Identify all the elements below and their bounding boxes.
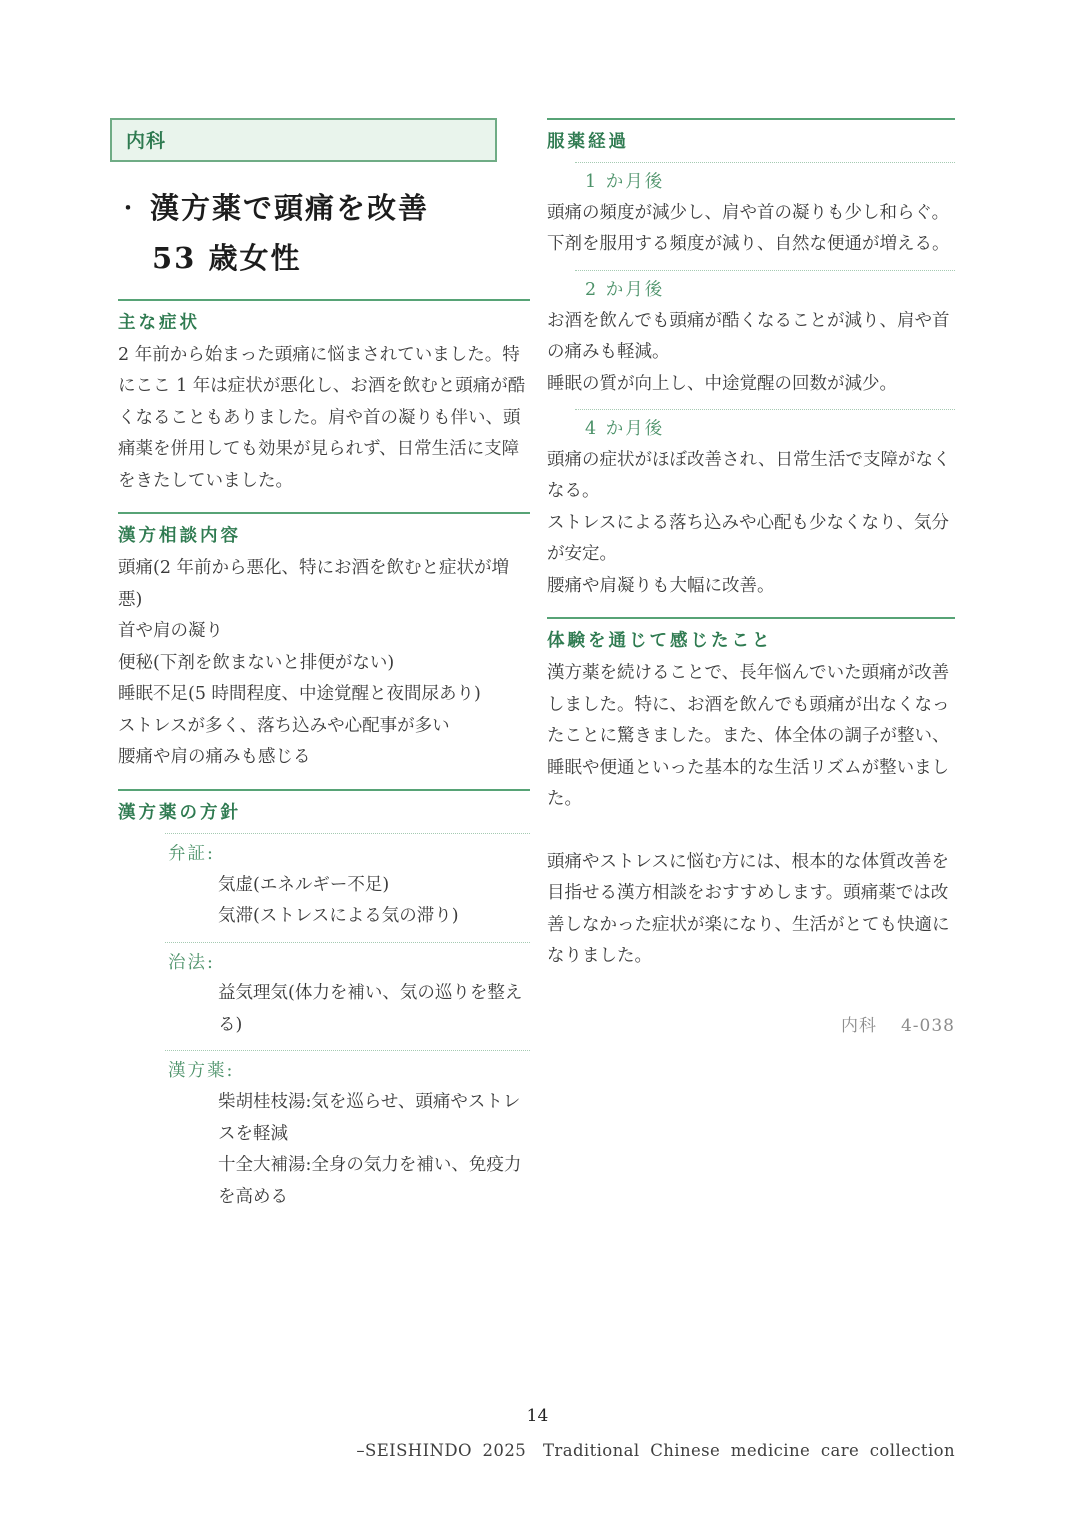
page-number: 14 [0, 1406, 1075, 1426]
policy-line: 柴胡桂枝湯:気を巡らせ、頭痛やストレスを軽減 [218, 1087, 530, 1150]
section-consultation: 漢方相談内容 頭痛(2 年前から悪化、特にお酒を飲むと症状が増悪) 首や肩の凝り… [118, 512, 530, 774]
consultation-list: 頭痛(2 年前から悪化、特にお酒を飲むと症状が増悪) 首や肩の凝り 便秘(下剤を… [118, 553, 530, 774]
policy-line: 気虚(エネルギー不足) [218, 870, 530, 902]
policy-subsection-label: 治法: [168, 949, 530, 979]
policy-subsection-label: 弁証: [168, 840, 530, 870]
progress-entry-month2: 2 か月後 お酒を飲んでも頭痛が酷くなることが減り、肩や首の痛みも軽減。 睡眠の… [547, 270, 955, 400]
dotted-divider [575, 270, 955, 271]
left-column: 内科 ・漢方薬で頭痛を改善 53 歳女性 主な症状 2 年前から始まった頭痛に悩… [118, 118, 530, 1213]
policy-subsection-method: 治法: 益気理気(体力を補い、気の巡りを整える) [118, 942, 530, 1042]
section-heading-progress: 服薬経過 [547, 118, 955, 153]
consultation-item: ストレスが多く、落ち込みや心配事が多い [118, 711, 530, 743]
case-title-line1: ・漢方薬で頭痛を改善 [118, 184, 530, 234]
impressions-paragraph: 頭痛やストレスに悩む方には、根本的な体質改善を目指せる漢方相談をおすすめします。… [547, 847, 955, 973]
dotted-divider [165, 1050, 530, 1051]
section-progress: 服薬経過 1 か月後 頭痛の頻度が減少し、肩や首の凝りも少し和らぐ。 下剤を服用… [547, 118, 955, 602]
reference-category: 内科 [841, 1016, 877, 1036]
policy-subsection-herbs: 漢方薬: 柴胡桂枝湯:気を巡らせ、頭痛やストレスを軽減 十全大補湯:全身の気力を… [118, 1050, 530, 1213]
policy-subsection-label: 漢方薬: [168, 1057, 530, 1087]
department-badge: 内科 [110, 118, 497, 162]
section-heading-policy: 漢方薬の方針 [118, 789, 530, 824]
progress-entry-line: 睡眠の質が向上し、中途覚醒の回数が減少。 [547, 369, 955, 401]
right-column: 服薬経過 1 か月後 頭痛の頻度が減少し、肩や首の凝りも少し和らぐ。 下剤を服用… [547, 118, 955, 1036]
dotted-divider [575, 409, 955, 410]
progress-entry-line: 頭痛の症状がほぼ改善され、日常生活で支障がなくなる。 [547, 445, 955, 508]
policy-subsection-syndrome: 弁証: 気虚(エネルギー不足) 気滞(ストレスによる気の滞り) [118, 833, 530, 933]
policy-line: 気滞(ストレスによる気の滞り) [218, 901, 530, 933]
consultation-item: 睡眠不足(5 時間程度、中途覚醒と夜間尿あり) [118, 679, 530, 711]
section-heading-impressions: 体験を通じて感じたこと [547, 617, 955, 652]
dotted-divider [165, 942, 530, 943]
progress-entry-label: 1 か月後 [585, 168, 955, 198]
title-bullet: ・ [118, 196, 140, 220]
reference-number: 4-038 [901, 1016, 955, 1036]
footer-credit: –SEISHINDO 2025 Traditional Chinese medi… [356, 1441, 955, 1460]
case-title-line2: 53 歳女性 [118, 234, 530, 284]
progress-entry-month4: 4 か月後 頭痛の症状がほぼ改善され、日常生活で支障がなくなる。 ストレスによる… [547, 409, 955, 602]
policy-line: 十全大補湯:全身の気力を補い、免疫力を高める [218, 1150, 530, 1213]
progress-entry-month1: 1 か月後 頭痛の頻度が減少し、肩や首の凝りも少し和らぐ。 下剤を服用する頻度が… [547, 162, 955, 261]
section-heading-main-symptoms: 主な症状 [118, 299, 530, 334]
progress-entry-line: お酒を飲んでも頭痛が酷くなることが減り、肩や首の痛みも軽減。 [547, 306, 955, 369]
main-symptoms-body: 2 年前から始まった頭痛に悩まされていました。特にここ 1 年は症状が悪化し、お… [118, 340, 530, 498]
reference-code: 内科4-038 [547, 1011, 955, 1036]
section-heading-consultation: 漢方相談内容 [118, 512, 530, 547]
policy-line: 益気理気(体力を補い、気の巡りを整える) [218, 978, 530, 1041]
consultation-item: 便秘(下剤を飲まないと排便がない) [118, 648, 530, 680]
progress-entry-line: 頭痛の頻度が減少し、肩や首の凝りも少し和らぐ。 [547, 198, 955, 230]
case-title: ・漢方薬で頭痛を改善 53 歳女性 [118, 184, 530, 284]
progress-entry-line: 下剤を服用する頻度が減り、自然な便通が増える。 [547, 229, 955, 261]
dotted-divider [575, 162, 955, 163]
section-main-symptoms: 主な症状 2 年前から始まった頭痛に悩まされていました。特にここ 1 年は症状が… [118, 299, 530, 498]
impressions-paragraph: 漢方薬を続けることで、長年悩んでいた頭痛が改善しました。特に、お酒を飲んでも頭痛… [547, 658, 955, 816]
consultation-item: 頭痛(2 年前から悪化、特にお酒を飲むと症状が増悪) [118, 553, 530, 616]
consultation-item: 首や肩の凝り [118, 616, 530, 648]
progress-entry-line: ストレスによる落ち込みや心配も少なくなり、気分が安定。 [547, 508, 955, 571]
document-page: 内科 ・漢方薬で頭痛を改善 53 歳女性 主な症状 2 年前から始まった頭痛に悩… [0, 0, 1075, 1518]
section-policy: 漢方薬の方針 弁証: 気虚(エネルギー不足) 気滞(ストレスによる気の滞り) 治… [118, 789, 530, 1213]
progress-entry-line: 腰痛や肩凝りも大幅に改善。 [547, 571, 955, 603]
case-title-text: 漢方薬で頭痛を改善 [150, 191, 429, 225]
section-impressions: 体験を通じて感じたこと 漢方薬を続けることで、長年悩んでいた頭痛が改善しました。… [547, 617, 955, 973]
dotted-divider [165, 833, 530, 834]
progress-entry-label: 2 か月後 [585, 276, 955, 306]
department-badge-label: 内科 [126, 130, 166, 152]
progress-entry-label: 4 か月後 [585, 415, 955, 445]
consultation-item: 腰痛や肩の痛みも感じる [118, 742, 530, 774]
